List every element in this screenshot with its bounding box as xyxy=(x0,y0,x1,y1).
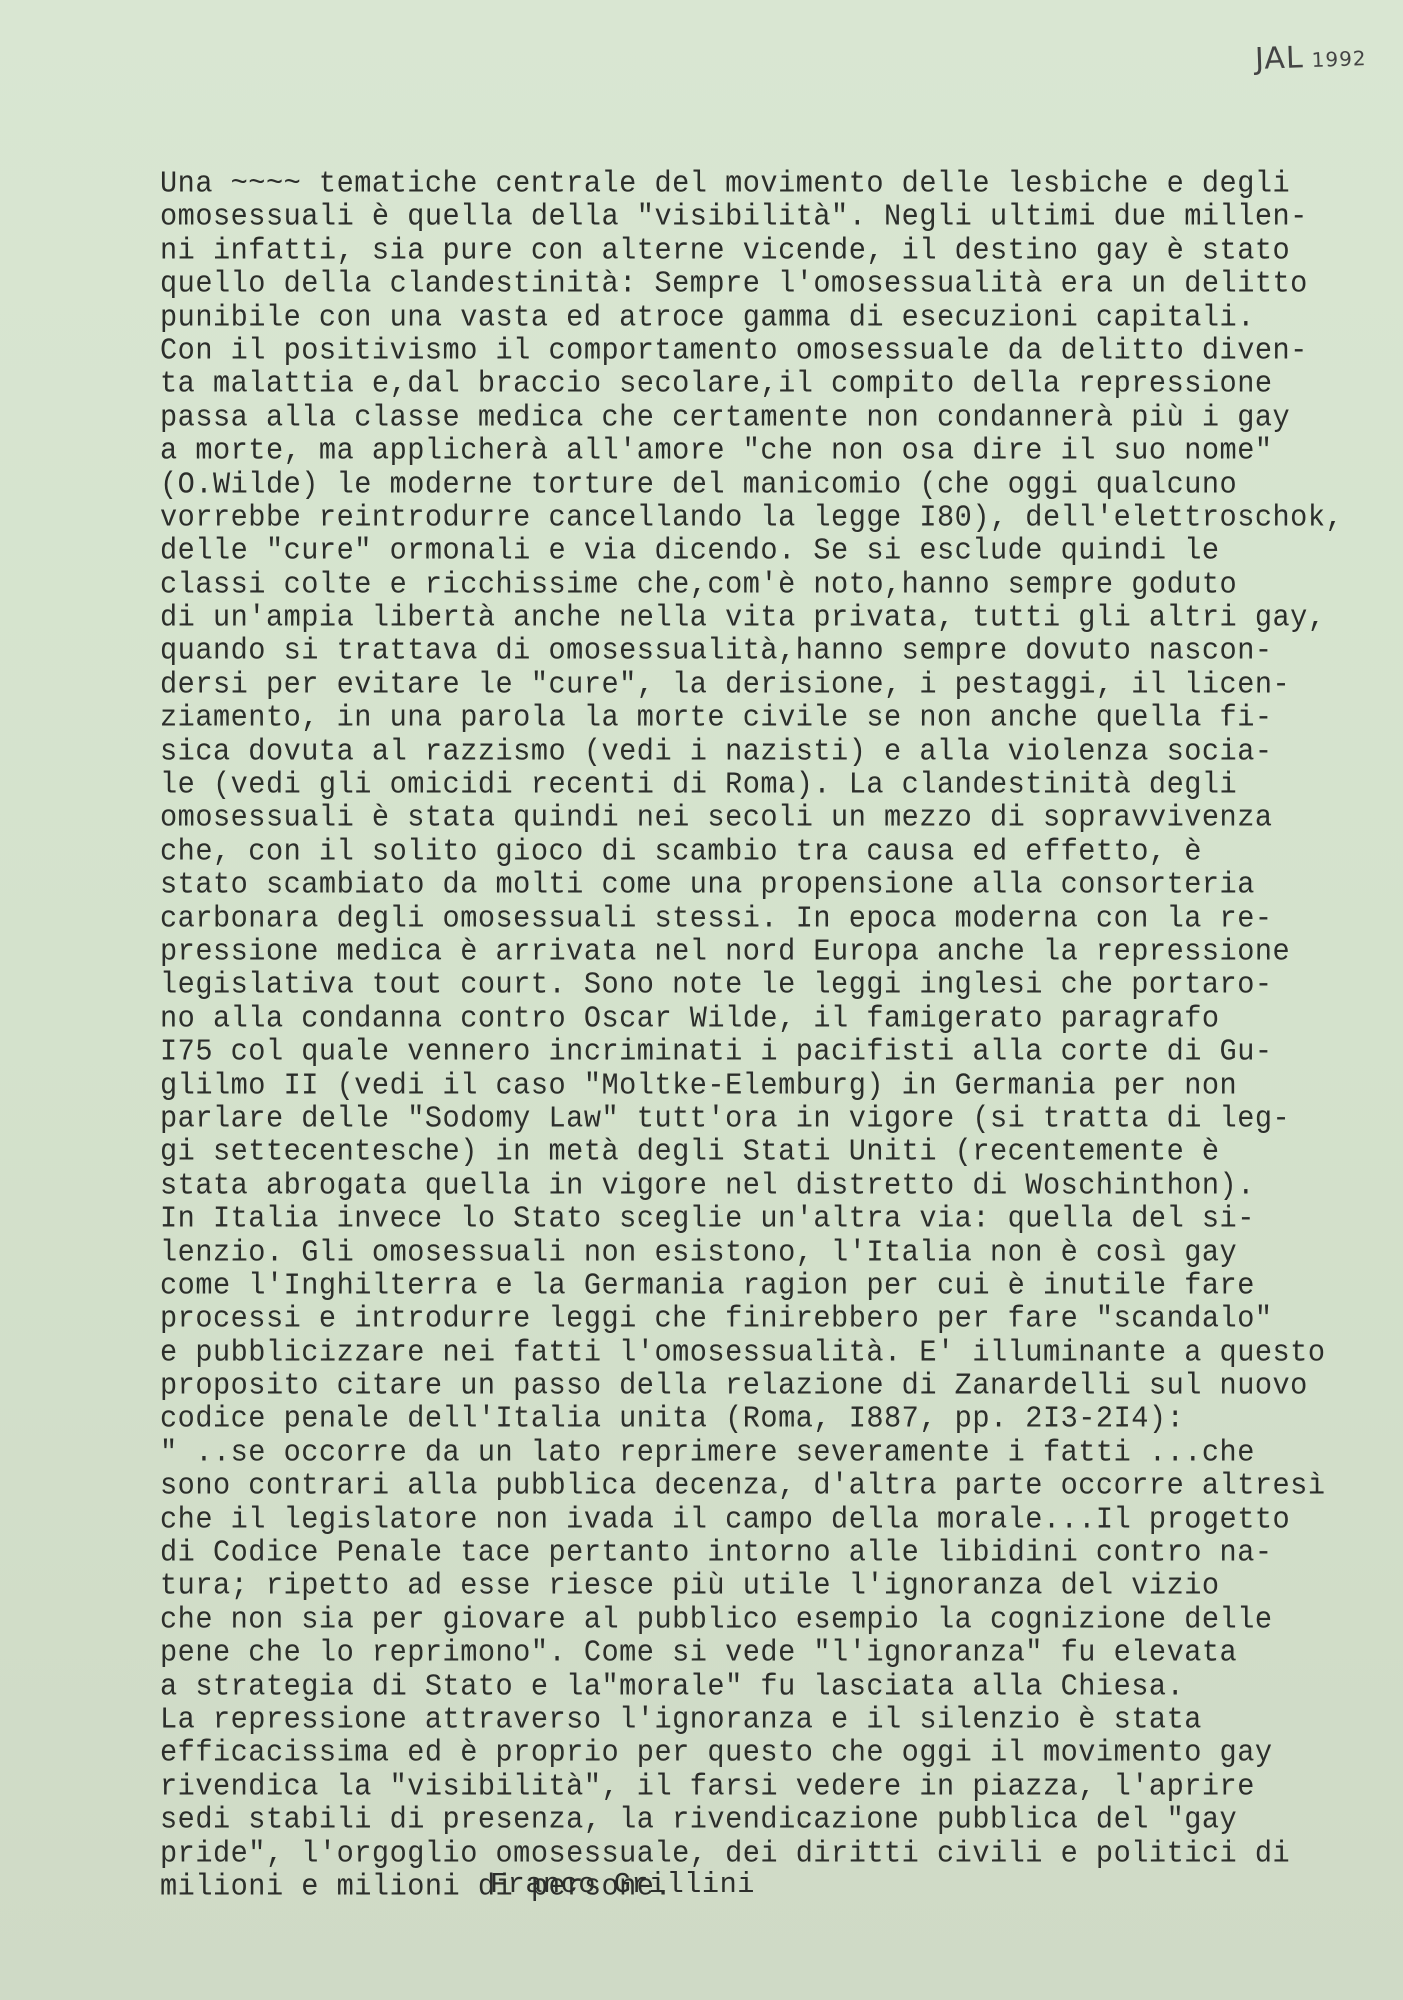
text-line: pride", l'orgoglio omosessuale, dei diri… xyxy=(160,1835,1300,1871)
text-line: carbonara degli omosessuali stessi. In e… xyxy=(160,900,1300,936)
text-line: quello della clandestinità: Sempre l'omo… xyxy=(160,266,1300,302)
text-line: quando si trattava di omosessualità,hann… xyxy=(160,633,1300,669)
text-line: che non sia per giovare al pubblico esem… xyxy=(160,1601,1300,1637)
text-line: codice penale dell'Italia unita (Roma, I… xyxy=(160,1401,1300,1437)
text-line: (O.Wilde) le moderne torture del manicom… xyxy=(160,466,1300,502)
text-line: a strategia di Stato e la"morale" fu las… xyxy=(160,1668,1300,1704)
text-line: proposito citare un passo della relazion… xyxy=(160,1368,1300,1404)
text-line: gi settecentesche) in metà degli Stati U… xyxy=(160,1134,1300,1170)
text-line: tura; ripetto ad esse riesce più utile l… xyxy=(160,1568,1300,1604)
text-line: rivendica la "visibilità", il farsi vede… xyxy=(160,1768,1300,1804)
text-line: omosessuali è quella della "visibilità".… xyxy=(160,199,1300,235)
text-line: stato scambiato da molti come una propen… xyxy=(160,867,1300,903)
handwritten-page-mark: JAL1992 xyxy=(1254,38,1367,77)
text-line: delle "cure" ormonali e via dicendo. Se … xyxy=(160,533,1300,569)
handwritten-year: 1992 xyxy=(1311,46,1367,72)
text-line: punibile con una vasta ed atroce gamma d… xyxy=(160,299,1300,335)
text-line: le (vedi gli omicidi recenti di Roma). L… xyxy=(160,767,1300,803)
text-line: In Italia invece lo Stato sceglie un'alt… xyxy=(160,1201,1300,1237)
text-line: Una ~~~~ tematiche centrale del moviment… xyxy=(160,166,1300,202)
text-line: lenzio. Gli omosessuali non esistono, l'… xyxy=(160,1234,1300,1270)
text-line: a morte, ma applicherà all'amore "che no… xyxy=(160,433,1300,469)
text-line: sica dovuta al razzismo (vedi i nazisti)… xyxy=(160,733,1300,769)
text-line: glilmo II (vedi il caso "Moltke-Elemburg… xyxy=(160,1067,1300,1103)
text-line: parlare delle "Sodomy Law" tutt'ora in v… xyxy=(160,1101,1300,1137)
text-line: di Codice Penale tace pertanto intorno a… xyxy=(160,1535,1300,1571)
handwritten-initials: JAL xyxy=(1254,40,1304,77)
text-line: processi e introdurre leggi che finirebb… xyxy=(160,1301,1300,1337)
text-line: passa alla classe medica che certamente … xyxy=(160,399,1300,435)
text-line: Con il positivismo il comportamento omos… xyxy=(160,333,1300,369)
text-line: sono contrari alla pubblica decenza, d'a… xyxy=(160,1468,1300,1504)
text-line: e pubblicizzare nei fatti l'omosessualit… xyxy=(160,1334,1300,1370)
text-line: ta malattia e,dal braccio secolare,il co… xyxy=(160,366,1300,402)
text-line: omosessuali è stata quindi nei secoli un… xyxy=(160,800,1300,836)
text-line: di un'ampia libertà anche nella vita pri… xyxy=(160,600,1300,636)
text-line: che, con il solito gioco di scambio tra … xyxy=(160,833,1300,869)
text-line: pene che lo reprimono". Come si vede "l'… xyxy=(160,1635,1300,1671)
text-line: che il legislatore non ivada il campo de… xyxy=(160,1501,1300,1537)
text-line: no alla condanna contro Oscar Wilde, il … xyxy=(160,1000,1300,1036)
text-line: pressione medica è arrivata nel nord Eur… xyxy=(160,934,1300,970)
text-line: sedi stabili di presenza, la rivendicazi… xyxy=(160,1802,1300,1838)
text-line: dersi per evitare le "cure", la derision… xyxy=(160,667,1300,703)
text-line: classi colte e ricchissime che,com'è not… xyxy=(160,566,1300,602)
text-line: ni infatti, sia pure con alterne vicende… xyxy=(160,232,1300,268)
typewritten-body: Una ~~~~ tematiche centrale del moviment… xyxy=(160,167,1300,1903)
text-line: I75 col quale vennero incriminati i paci… xyxy=(160,1034,1300,1070)
text-line: come l'Inghilterra e la Germania ragion … xyxy=(160,1268,1300,1304)
author-signature: Franco Grillini xyxy=(490,1868,755,1901)
text-line: vorrebbe reintrodurre cancellando la leg… xyxy=(160,500,1300,536)
text-line: La repressione attraverso l'ignoranza e … xyxy=(160,1702,1300,1738)
text-line: ziamento, in una parola la morte civile … xyxy=(160,700,1300,736)
text-line: legislativa tout court. Sono note le leg… xyxy=(160,967,1300,1003)
text-line: stata abrogata quella in vigore nel dist… xyxy=(160,1167,1300,1203)
text-line: efficacissima ed è proprio per questo ch… xyxy=(160,1735,1300,1771)
text-line: " ..se occorre da un lato reprimere seve… xyxy=(160,1435,1300,1471)
